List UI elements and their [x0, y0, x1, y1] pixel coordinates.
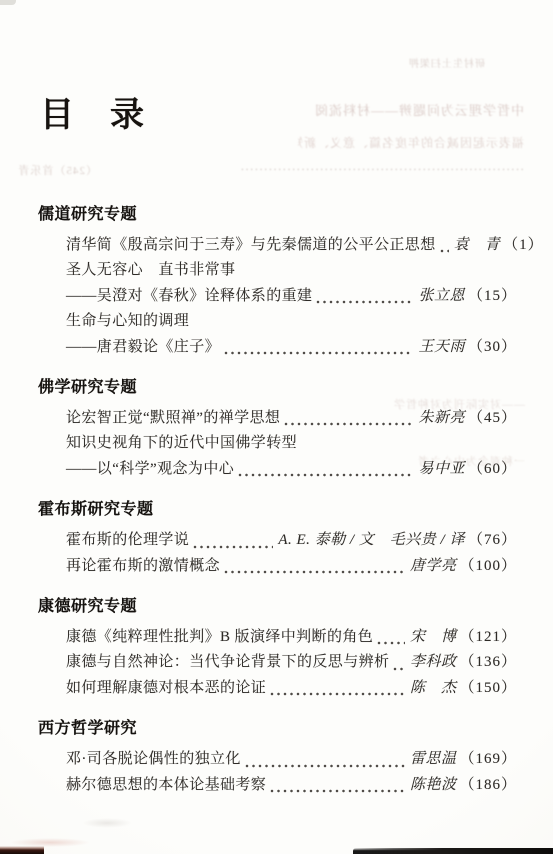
toc-entry-page: （100）: [459, 554, 517, 579]
bleedthrough-text: 研村生土扫架押: [335, 58, 485, 72]
bleedthrough-text: 福表示起因减合的年度名篇、意义、新知: [298, 136, 524, 150]
toc-entry-title: 康德《纯粹理性批判》B 版演绎中判断的角色: [66, 625, 373, 650]
toc-entry-author: 朱新亮: [418, 406, 465, 431]
toc-entry-title: 论宏智正觉“默照禅”的禅学思想: [66, 406, 280, 431]
toc-entry-title: 圣人无容心 直书非常事: [66, 258, 235, 283]
section-header: 佛学研究专题: [38, 374, 517, 400]
dot-leader: [269, 788, 405, 794]
toc-entry: 如何理解康德对根本恶的论证 陈 杰 （150）: [38, 676, 517, 701]
table-of-contents: 儒道研究专题 清华简《殷高宗问于三寿》与先秦儒道的公平公正思想 袁 青 （1） …: [38, 201, 517, 798]
toc-section-kangde: 康德研究专题 康德《纯粹理性批判》B 版演绎中判断的角色 宋 博 （121） 康…: [38, 593, 517, 701]
toc-entry: 圣人无容心 直书非常事: [38, 258, 517, 283]
toc-entry: 清华简《殷高宗问于三寿》与先秦儒道的公平公正思想 袁 青 （1）: [38, 233, 517, 258]
toc-entry-subtitle: ——吴澄对《春秋》诠释体系的重建: [66, 284, 312, 309]
toc-entry: 邓·司各脱论偶性的独立化 雷思温 （169）: [38, 747, 517, 772]
toc-entry-title: 邓·司各脱论偶性的独立化: [66, 747, 241, 772]
toc-entry-page: （150）: [459, 676, 517, 701]
toc-entry-author: 宋 博: [410, 625, 457, 650]
toc-section-foxue: 佛学研究专题 论宏智正觉“默照禅”的禅学思想 朱新亮 （45） 知识史视角下的近…: [38, 374, 517, 482]
bleedthrough-dotted-line: ········································…: [230, 163, 524, 177]
dot-leader: [376, 640, 405, 646]
toc-entry-author: 张立恩: [418, 284, 465, 309]
toc-entry: 康德与自然神论：当代争论背景下的反思与辨析 李科政 （136）: [38, 650, 517, 675]
scan-artifact-bottom-left-blob: [0, 846, 44, 854]
toc-entry: ——唐君毅论《庄子》 王天雨 （30）: [38, 335, 517, 360]
toc-entry: ——吴澄对《春秋》诠释体系的重建 张立恩 （15）: [38, 284, 517, 309]
toc-entry-author: 陈艳波: [410, 773, 457, 798]
toc-entry-page: （76）: [468, 528, 517, 553]
section-header: 儒道研究专题: [38, 201, 517, 227]
toc-entry: 知识史视角下的近代中国佛学转型: [38, 431, 517, 456]
section-header: 西方哲学研究: [38, 715, 517, 741]
toc-entry-title: 再论霍布斯的激情概念: [66, 554, 220, 579]
toc-entry-title: 康德与自然神论：当代争论背景下的反思与辨析: [66, 650, 389, 675]
toc-entry: 霍布斯的伦理学说 A. E. 泰勒 / 文 毛兴贵 / 译 （76）: [38, 528, 517, 553]
scan-artifact-smudge: [82, 818, 132, 828]
toc-entry-page: （186）: [459, 773, 517, 798]
toc-entry-author: A. E. 泰勒 / 文 毛兴贵 / 译: [278, 528, 465, 553]
toc-entry-author: 雷思温: [410, 747, 457, 772]
toc-entry: 论宏智正觉“默照禅”的禅学思想 朱新亮 （45）: [38, 406, 517, 431]
toc-entry-author: 易中亚: [418, 457, 465, 482]
bleedthrough-text: 中哲学理云为问题辨——村料流阅: [248, 104, 524, 118]
toc-entry-title: 如何理解康德对根本恶的论证: [66, 676, 266, 701]
dot-leader: [392, 666, 405, 672]
scan-artifact-bottom-right-bar: [353, 848, 553, 854]
toc-entry: 再论霍布斯的激情概念 唐学亮 （100）: [38, 554, 517, 579]
toc-entry-author: 袁 青: [454, 233, 501, 258]
toc-entry-page: （30）: [468, 335, 517, 360]
toc-entry-subtitle: ——唐君毅论《庄子》: [66, 335, 220, 360]
dot-leader: [223, 569, 405, 575]
section-header: 康德研究专题: [38, 593, 517, 619]
scanned-page: 研村生土扫架押 中哲学理云为问题辨——村料流阅 福表示起因减合的年度名篇、意义、…: [0, 0, 553, 854]
toc-entry-page: （136）: [459, 650, 517, 675]
page-title: 目 录: [40, 95, 145, 135]
toc-section-xifang: 西方哲学研究 邓·司各脱论偶性的独立化 雷思温 （169） 赫尔德思想的本体论基…: [38, 715, 517, 798]
toc-entry-author: 唐学亮: [410, 554, 457, 579]
toc-entry-page: （15）: [468, 284, 517, 309]
toc-entry: ——以“科学”观念为中心 易中亚 （60）: [38, 457, 517, 482]
toc-entry-title: 生命与心知的调理: [66, 309, 189, 334]
scan-artifact-top-left-speck: [0, 0, 16, 5]
toc-entry: 生命与心知的调理: [38, 309, 517, 334]
dot-leader: [192, 544, 273, 550]
toc-entry-subtitle: ——以“科学”观念为中心: [66, 457, 234, 482]
toc-entry-author: 王天雨: [418, 335, 465, 360]
dot-leader: [315, 299, 413, 305]
dot-leader: [237, 472, 413, 478]
toc-entry-page: （169）: [459, 747, 517, 772]
toc-entry: 赫尔德思想的本体论基础考察 陈艳波 （186）: [38, 773, 517, 798]
toc-entry-author: 李科政: [410, 650, 457, 675]
toc-section-huobusi: 霍布斯研究专题 霍布斯的伦理学说 A. E. 泰勒 / 文 毛兴贵 / 译 （7…: [38, 496, 517, 579]
toc-entry-author: 陈 杰: [410, 676, 457, 701]
section-header: 霍布斯研究专题: [38, 496, 517, 522]
dot-leader: [223, 350, 413, 356]
dot-leader: [269, 691, 405, 697]
toc-section-rudao: 儒道研究专题 清华简《殷高宗问于三寿》与先秦儒道的公平公正思想 袁 青 （1） …: [38, 201, 517, 360]
dot-leader: [439, 248, 449, 254]
toc-entry: 康德《纯粹理性批判》B 版演绎中判断的角色 宋 博 （121）: [38, 625, 517, 650]
dot-leader: [283, 421, 413, 427]
toc-entry-title: 知识史视角下的近代中国佛学转型: [66, 431, 297, 456]
toc-entry-page: （121）: [459, 625, 517, 650]
toc-entry-page: （1）: [503, 233, 544, 258]
toc-entry-page: （60）: [468, 457, 517, 482]
toc-entry-title: 清华简《殷高宗问于三寿》与先秦儒道的公平公正思想: [66, 233, 436, 258]
toc-entry-title: 赫尔德思想的本体论基础考察: [66, 773, 266, 798]
toc-entry-title: 霍布斯的伦理学说: [66, 528, 189, 553]
dot-leader: [244, 763, 405, 769]
toc-entry-page: （45）: [468, 406, 517, 431]
bleedthrough-text: （245）首乐青: [2, 164, 97, 178]
